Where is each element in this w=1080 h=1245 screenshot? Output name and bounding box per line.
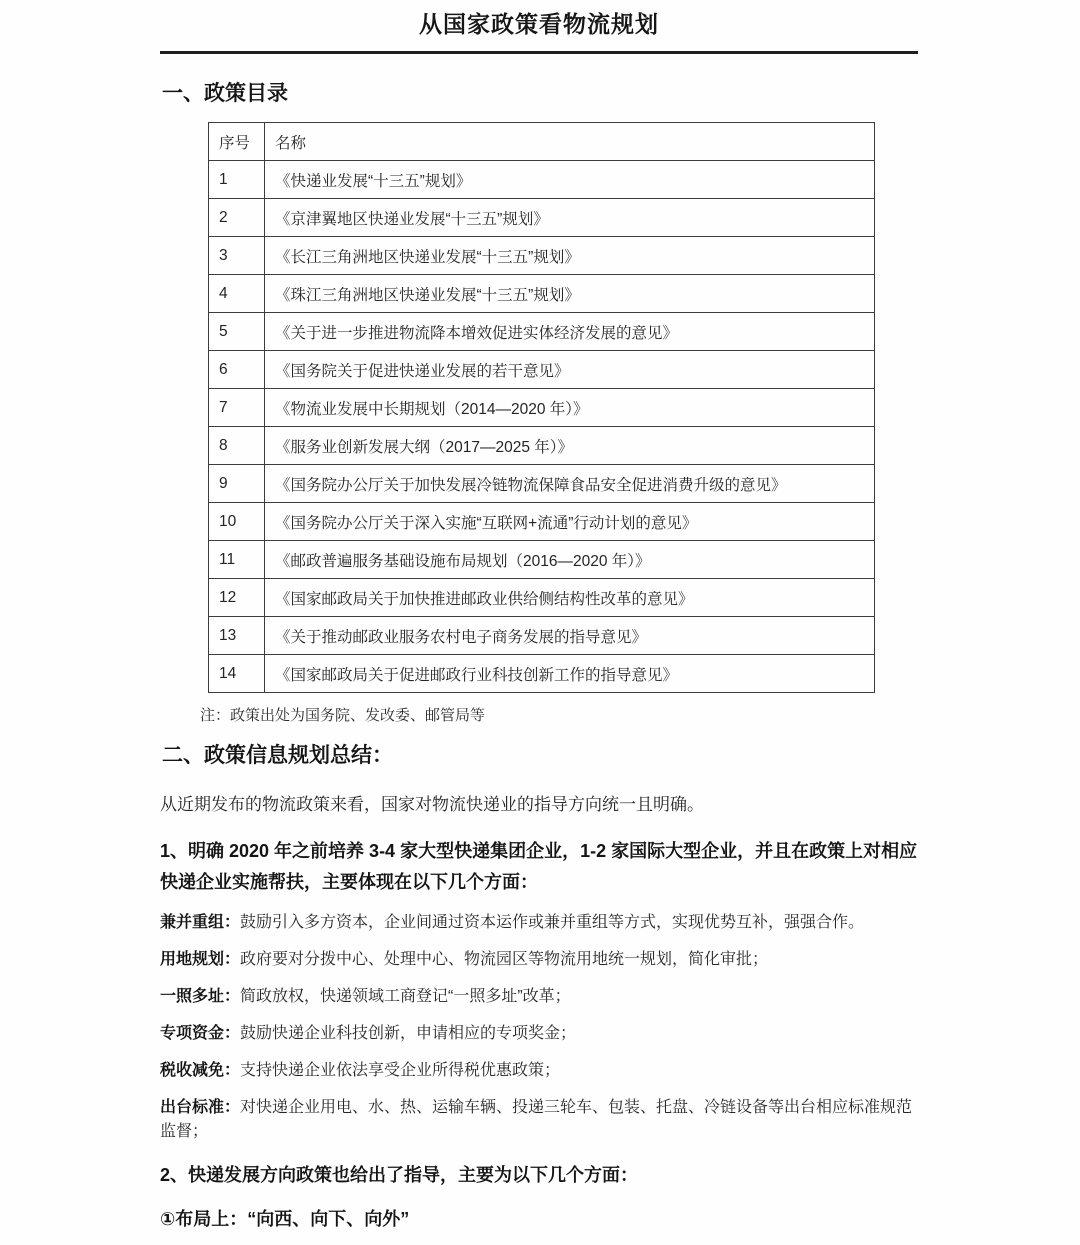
sub-point-layout: ①布局上：“向西、向下、向外”	[160, 1206, 918, 1232]
row-name: 《京津翼地区快递业发展“十三五”规划》	[265, 199, 875, 237]
row-no: 11	[209, 541, 265, 579]
row-name: 《快递业发展“十三五”规划》	[265, 161, 875, 199]
row-name: 《长江三角洲地区快递业发展“十三五”规划》	[265, 237, 875, 275]
term-item-one-license: 一照多址：简政放权，快递领域工商登记“一照多址”改革；	[160, 985, 918, 1009]
table-row: 14 《国家邮政局关于促进邮政行业科技创新工作的指导意见》	[209, 655, 875, 693]
row-no: 9	[209, 465, 265, 503]
table-row: 12 《国家邮政局关于加快推进邮政业供给侧结构性改革的意见》	[209, 579, 875, 617]
row-name: 《服务业创新发展大纲（2017—2025 年）》	[265, 427, 875, 465]
term-desc: 简政放权，快递领域工商登记“一照多址”改革；	[240, 988, 571, 1005]
term-label: 用地规划：	[160, 951, 240, 968]
table-row: 9 《国务院办公厅关于加快发展冷链物流保障食品安全促进消费升级的意见》	[209, 465, 875, 503]
term-label: 一照多址：	[160, 988, 240, 1005]
term-label: 出台标准：	[160, 1099, 240, 1116]
table-row: 2 《京津翼地区快递业发展“十三五”规划》	[209, 199, 875, 237]
document-title: 从国家政策看物流规划	[160, 10, 918, 38]
row-name: 《国务院办公厅关于加快发展冷链物流保障食品安全促进消费升级的意见》	[265, 465, 875, 503]
row-no: 3	[209, 237, 265, 275]
row-no: 13	[209, 617, 265, 655]
section1-heading: 一、政策目录	[162, 82, 918, 106]
table-row: 3 《长江三角洲地区快递业发展“十三五”规划》	[209, 237, 875, 275]
term-desc: 政府要对分拨中心、处理中心、物流园区等物流用地统一规划，简化审批；	[240, 951, 768, 968]
term-item-special-funds: 专项资金：鼓励快递企业科技创新，申请相应的专项奖金；	[160, 1022, 918, 1046]
term-item-merger: 兼并重组：鼓励引入多方资本，企业间通过资本运作或兼并重组等方式，实现优势互补，强…	[160, 911, 918, 935]
row-no: 8	[209, 427, 265, 465]
title-divider	[160, 51, 918, 54]
document-page: 从国家政策看物流规划 一、政策目录 序号 名称 1 《快递业发展“十三五”规划》…	[0, 0, 1080, 1245]
table-row: 5 《关于进一步推进物流降本增效促进实体经济发展的意见》	[209, 313, 875, 351]
term-item-land-planning: 用地规划：政府要对分拨中心、处理中心、物流园区等物流用地统一规划，简化审批；	[160, 948, 918, 972]
term-label: 兼并重组：	[160, 914, 240, 931]
column-header-name: 名称	[265, 123, 875, 161]
table-row: 7 《物流业发展中长期规划（2014—2020 年）》	[209, 389, 875, 427]
column-header-no: 序号	[209, 123, 265, 161]
row-no: 1	[209, 161, 265, 199]
row-no: 10	[209, 503, 265, 541]
table-row: 1 《快递业发展“十三五”规划》	[209, 161, 875, 199]
row-name: 《关于推动邮政业服务农村电子商务发展的指导意见》	[265, 617, 875, 655]
row-name: 《国务院关于促进快递业发展的若干意见》	[265, 351, 875, 389]
term-label: 税收减免：	[160, 1062, 240, 1079]
table-header-row: 序号 名称	[209, 123, 875, 161]
row-no: 5	[209, 313, 265, 351]
table-note: 注：政策出处为国务院、发改委、邮管局等	[200, 706, 918, 726]
row-no: 7	[209, 389, 265, 427]
row-name: 《国家邮政局关于促进邮政行业科技创新工作的指导意见》	[265, 655, 875, 693]
term-desc: 鼓励快递企业科技创新，申请相应的专项奖金；	[240, 1025, 576, 1042]
term-desc: 对快递企业用电、水、热、运输车辆、投递三轮车、包装、托盘、冷链设备等出台相应标准…	[160, 1099, 912, 1140]
row-name: 《邮政普遍服务基础设施布局规划（2016—2020 年）》	[265, 541, 875, 579]
term-label: 专项资金：	[160, 1025, 240, 1042]
table-row: 8 《服务业创新发展大纲（2017—2025 年）》	[209, 427, 875, 465]
term-desc: 支持快递企业依法享受企业所得税优惠政策；	[240, 1062, 560, 1079]
section2-heading: 二、政策信息规划总结：	[162, 744, 918, 768]
table-row: 11 《邮政普遍服务基础设施布局规划（2016—2020 年）》	[209, 541, 875, 579]
row-name: 《物流业发展中长期规划（2014—2020 年）》	[265, 389, 875, 427]
row-no: 4	[209, 275, 265, 313]
row-no: 12	[209, 579, 265, 617]
term-item-standards: 出台标准：对快递企业用电、水、热、运输车辆、投递三轮车、包装、托盘、冷链设备等出…	[160, 1096, 918, 1144]
row-name: 《珠江三角洲地区快递业发展“十三五”规划》	[265, 275, 875, 313]
table-row: 10 《国务院办公厅关于深入实施“互联网+流通”行动计划的意见》	[209, 503, 875, 541]
point2-paragraph: 2、快递发展方向政策也给出了指导，主要为以下几个方面：	[160, 1162, 918, 1188]
row-name: 《国家邮政局关于加快推进邮政业供给侧结构性改革的意见》	[265, 579, 875, 617]
table-row: 6 《国务院关于促进快递业发展的若干意见》	[209, 351, 875, 389]
table-row: 4 《珠江三角洲地区快递业发展“十三五”规划》	[209, 275, 875, 313]
row-name: 《国务院办公厅关于深入实施“互联网+流通”行动计划的意见》	[265, 503, 875, 541]
policy-table: 序号 名称 1 《快递业发展“十三五”规划》 2 《京津翼地区快递业发展“十三五…	[208, 122, 875, 693]
term-desc: 鼓励引入多方资本，企业间通过资本运作或兼并重组等方式，实现优势互补，强强合作。	[240, 914, 864, 931]
intro-paragraph: 从近期发布的物流政策来看，国家对物流快递业的指导方向统一且明确。	[160, 794, 918, 816]
point1-paragraph: 1、明确 2020 年之前培养 3-4 家大型快递集团企业，1-2 家国际大型企…	[160, 836, 918, 898]
table-row: 13 《关于推动邮政业服务农村电子商务发展的指导意见》	[209, 617, 875, 655]
row-name: 《关于进一步推进物流降本增效促进实体经济发展的意见》	[265, 313, 875, 351]
term-item-tax-relief: 税收减免：支持快递企业依法享受企业所得税优惠政策；	[160, 1059, 918, 1083]
row-no: 2	[209, 199, 265, 237]
row-no: 14	[209, 655, 265, 693]
row-no: 6	[209, 351, 265, 389]
